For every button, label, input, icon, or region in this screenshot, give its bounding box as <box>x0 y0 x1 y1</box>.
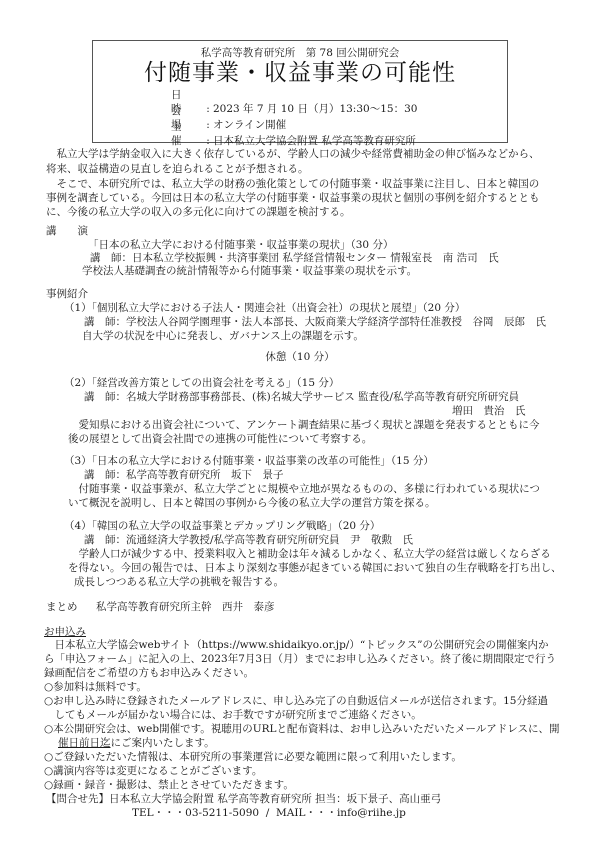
case-3-speaker: 講 師：私学高等教育研究所 坂下 景子 <box>84 468 284 482</box>
case-1-speaker: 講 師：学校法人谷岡学園理事・法人本部長、大阪商業大学経済学部特任准教授 谷岡 … <box>84 315 546 329</box>
contact-details: TEL・・・03-5211-5090 / MAIL・・・info@riihe.j… <box>132 806 406 820</box>
contact-tel: 03-5211-5090 <box>185 807 259 819</box>
case-3-title: （3）「日本の私立大学における付随事業・収益事業の改革の可能性」（15 分） <box>64 454 434 468</box>
lecture-speaker: 講 師：日本私立学校振興・共済事業団 私学経営情報センター 情報室長 南 浩司 … <box>90 251 499 265</box>
intro-line: 事例を調査している。今回は日本の私立大学の付随事業・収益事業の現状と個別の事例を… <box>46 191 540 205</box>
note-changes: ○講演内容等は変更になることがございます。 <box>44 764 262 778</box>
note-privacy: ○ご登録いただいた情報は、本研究所の事業運営に必要な範囲に限って利用いたします。 <box>44 750 462 764</box>
note-web: ○本公開研究会は、web開催です。視聴用のURLと配布資料は、お申し込みいただい… <box>44 722 559 736</box>
note-autoreply: してもメールが届かない場合には、お手数ですが研究所までご連絡ください。 <box>44 708 422 722</box>
intro-line: そこで、本研究所では、私立大学の財務の強化策としての付随事業・収益事業に注目し、… <box>46 177 539 191</box>
organizer-line: 私学高等教育研究所 第 78 回公開研究会 <box>93 46 507 60</box>
case-2-speaker-name: 増田 貴治 氏 <box>452 404 526 418</box>
lecture-heading: 講 演 <box>46 224 88 238</box>
note-autoreply: ○お申し込み時に登録されたメールアドレスに、申し込み完了の自動返信メールが送信さ… <box>44 694 548 708</box>
note-fee: ○参加料は無料です。 <box>44 680 147 694</box>
page-title: 付随事業・収益事業の可能性 <box>93 59 507 87</box>
intro-line: 将来、収益構造の見直しを迫られることが予想される。 <box>46 162 309 176</box>
case-2-speaker: 講 師：名城大学財務部事務部長、(株)名城大学サービス 監査役/私学高等教育研究… <box>84 390 519 404</box>
application-body: 録画配信をご希望の方もお申込みください。 <box>44 666 254 680</box>
intro-line: に、今後の私立大学の収入の多元化に向けての課題を検討する。 <box>46 205 351 219</box>
case-1-summary: 自大学の状況を中心に発表し、ガバナンス上の課題を示す。 <box>82 329 364 343</box>
summary-label: まとめ <box>46 600 78 614</box>
contact-line: 【問合せ先】日本私立大学協会附置 私学高等教育研究所 担当：坂下景子、高山亜弓 <box>46 792 441 806</box>
case-3-summary: 付随事業・収益事業が、私立大学ごとに規模や立地が異なるものの、多様に行われている… <box>68 482 540 496</box>
case-1-title: （1）「個別私立大学における子法人・関連会社（出資会社）の現状と展望」（20 分… <box>64 301 465 315</box>
lecture-summary: 学校法人基礎調査の統計情報等から付随事業・収益事業の現状を示す。 <box>82 264 417 278</box>
contact-email[interactable]: info@riihe.jp <box>337 807 406 819</box>
summary-person: 私学高等教育研究所主幹 西井 泰彦 <box>96 600 275 614</box>
intro-line: 私立大学は学納金収入に大きく依存しているが、学齢人口の減少や経常費補助金の伸び悩… <box>46 147 540 161</box>
application-heading: お申込み <box>44 625 86 639</box>
lecture-title: 「日本の私立大学における付随事業・収益事業の現状」（30 分） <box>88 238 393 252</box>
application-body: 日本私立大学協会webサイト（https://www.shidaikyo.or.… <box>44 638 549 652</box>
case-2-summary: 愛知県における出資会社について、アンケート調査結果に基づく現状と課題を発表すると… <box>68 418 539 432</box>
note-recording: ○録画・録音・撮影は、禁止とさせていただきます。 <box>44 778 294 792</box>
case-3-summary: いて概況を説明し、日本と韓国の事例から今後の私立大学の運営方策を探る。 <box>68 496 436 510</box>
case-4-speaker: 講 師：流通経済大学教授/私学高等教育研究所研究員 尹 敬勲 氏 <box>84 533 413 547</box>
header-box: 私学高等教育研究所 第 78 回公開研究会 付随事業・収益事業の可能性 日時:2… <box>92 40 508 143</box>
case-4-title: （4）「韓国の私立大学の収益事業とデカップリング戦略」（20 分） <box>64 519 380 533</box>
case-4-summary: 成長しつつある私立大学の挑戦を報告する。 <box>74 575 284 589</box>
case-2-title: （2）「経営改善方策としての出資会社を考える」（15 分） <box>64 376 339 390</box>
break-label: 休憩（10 分） <box>0 350 600 364</box>
case-4-summary: 学齢人口が減少する中、授業料収入と補助金は年々減るしかなく、私立大学の経営は厳し… <box>68 547 551 561</box>
detail-host: 主催:日本私立大学協会附置 私学高等教育研究所 <box>171 120 416 148</box>
case-2-summary: 後の展望として出資会社間での連携の可能性について考察する。 <box>68 432 372 446</box>
application-body: ら「申込フォーム」に記入の上、2023年7月3日（月）までにお申し込みください。… <box>44 652 556 666</box>
case-4-summary: を得ない。今回の報告では、日本より深刻な事態が起きている韓国において独自の生存戦… <box>68 561 562 575</box>
cases-heading: 事例紹介 <box>46 287 88 301</box>
note-web: 催日前日迄にご案内いたします。 <box>44 736 215 750</box>
